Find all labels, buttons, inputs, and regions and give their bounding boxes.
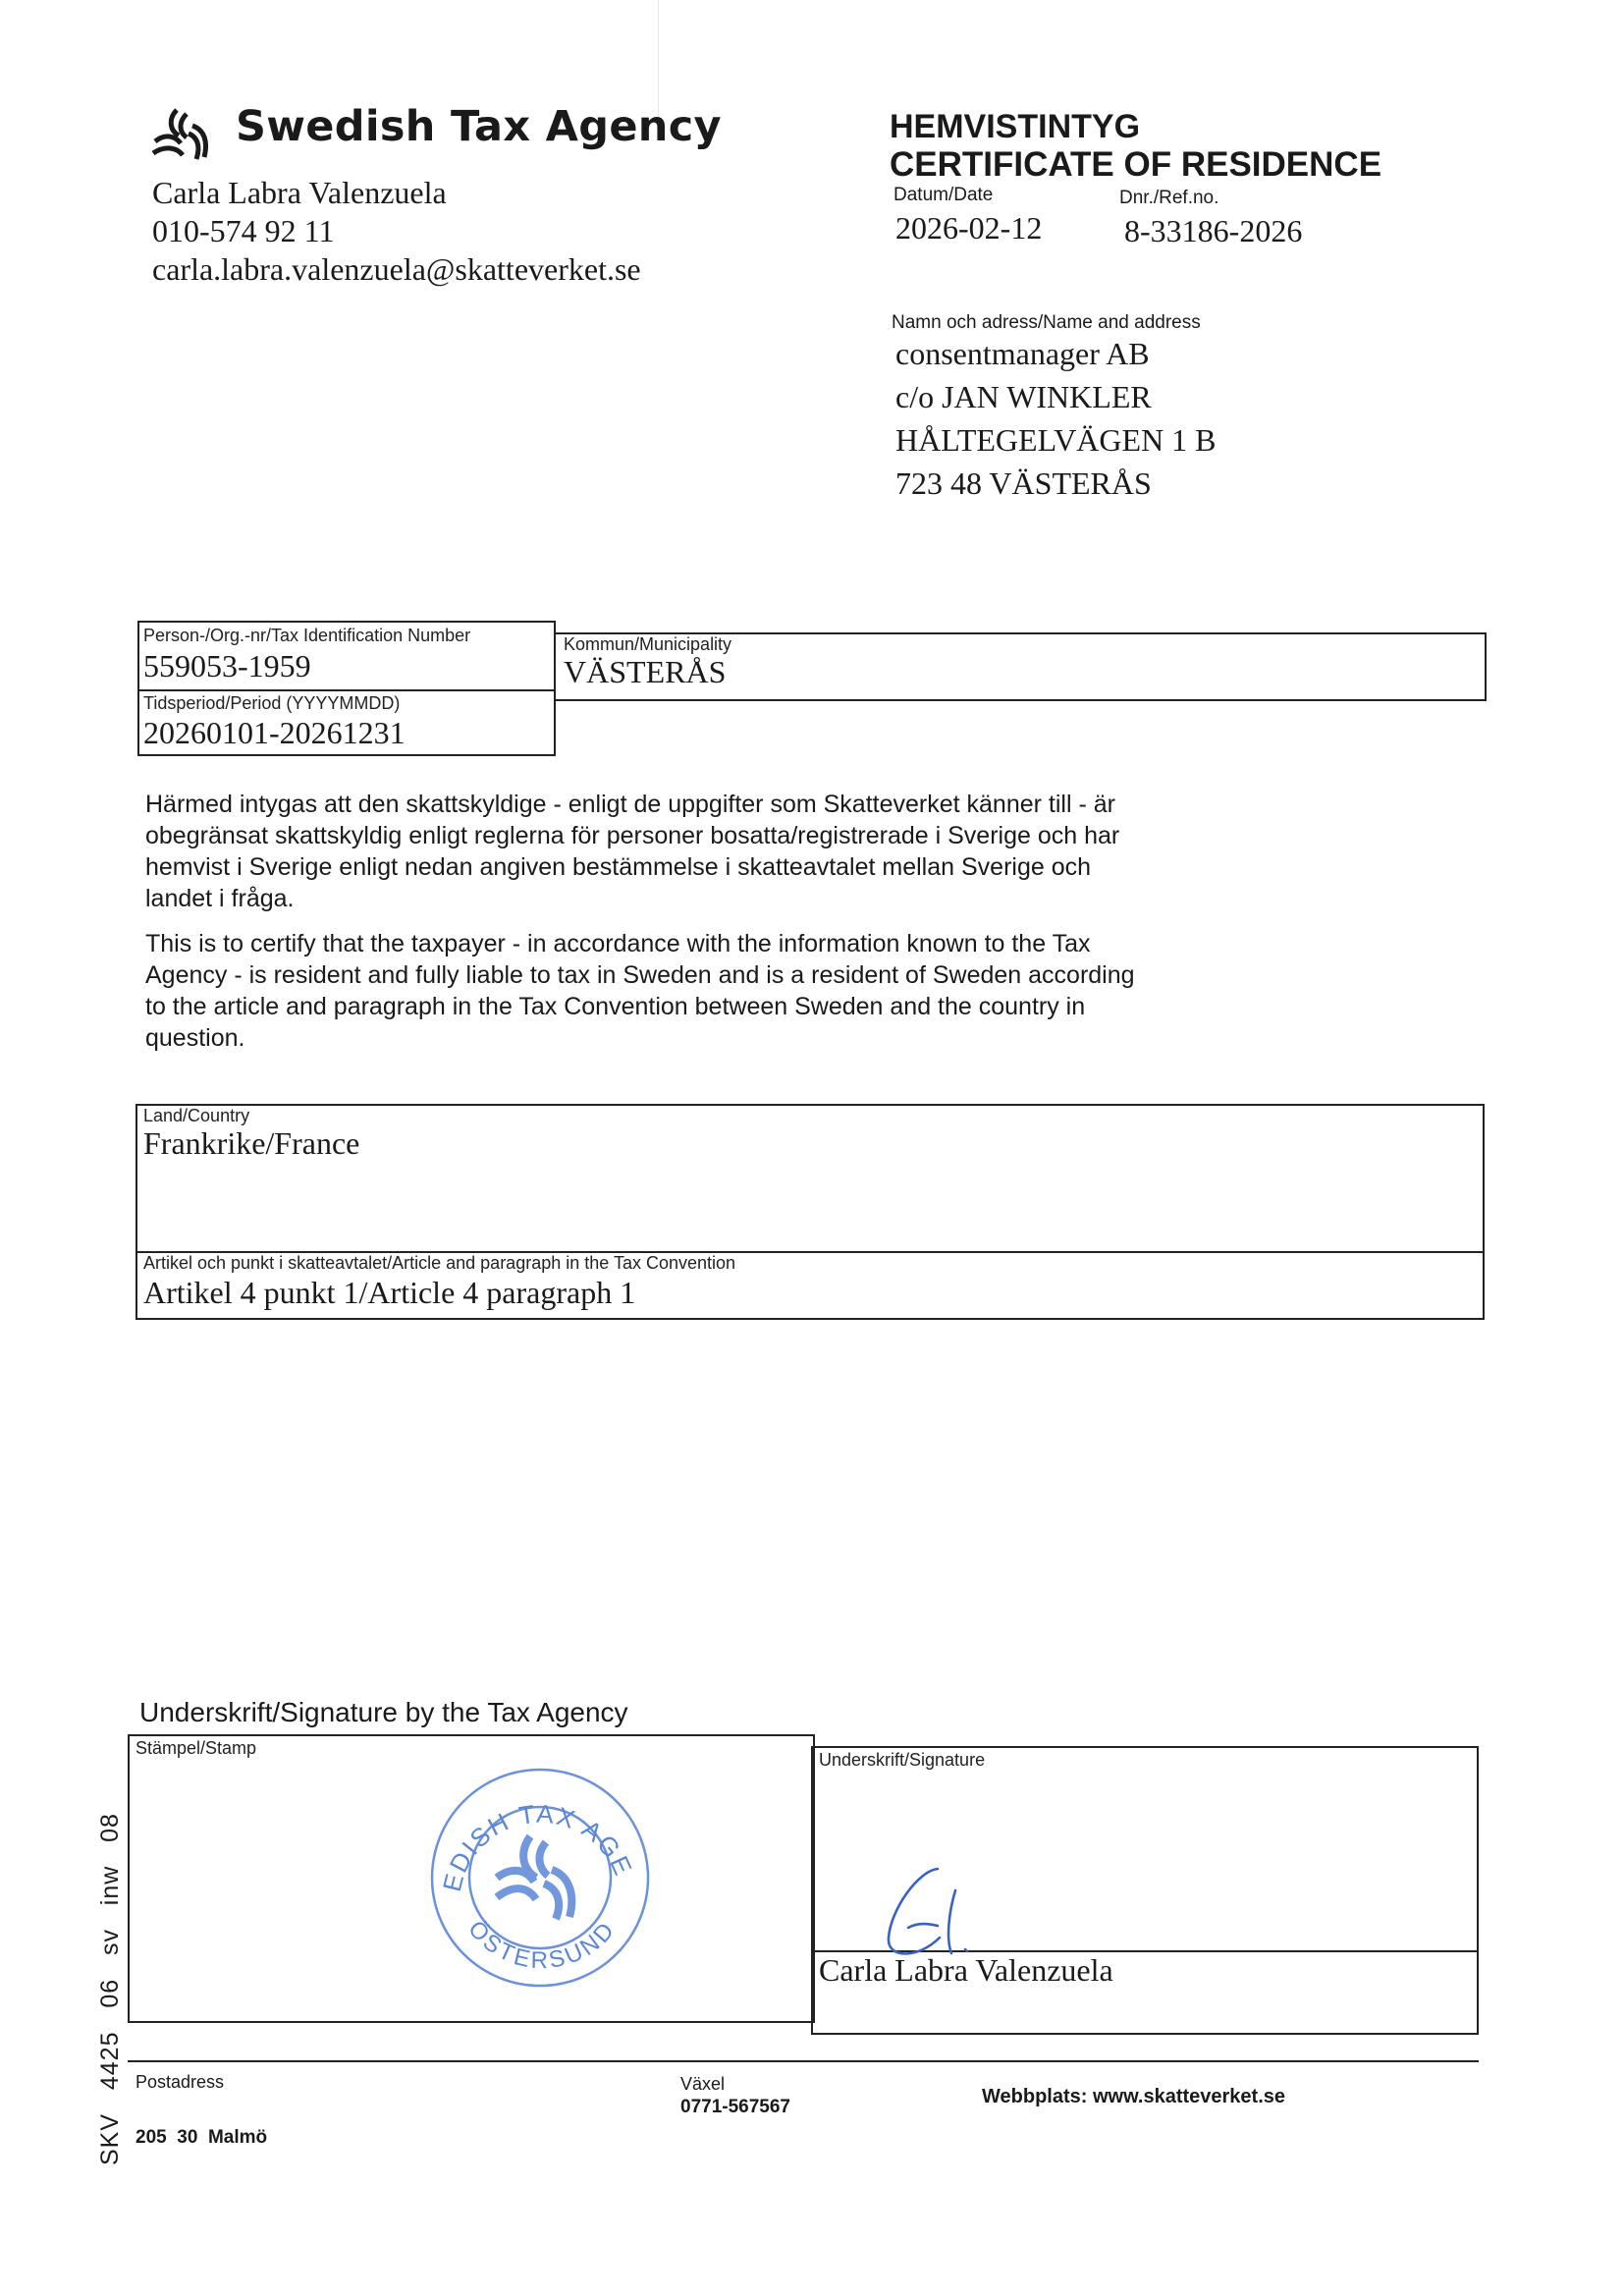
article-value: Artikel 4 punkt 1/Article 4 paragraph 1: [143, 1275, 635, 1311]
address-line: c/o JAN WINKLER: [895, 379, 1152, 415]
swirl-logo-icon: [147, 104, 222, 163]
website-link[interactable]: Webbplats: www.skatteverket.se: [982, 2086, 1285, 2108]
tin-label: Person-/Org.-nr/Tax Identification Numbe…: [143, 626, 470, 646]
certification-text-swedish: Härmed intygas att den skattskyldige - e…: [145, 789, 1147, 914]
tin-value: 559053-1959: [143, 648, 311, 684]
date-value: 2026-02-12: [895, 210, 1042, 246]
stamp-label: Stämpel/Stamp: [135, 1738, 256, 1759]
reference-value: 8-33186-2026: [1124, 213, 1302, 249]
contact-email: carla.labra.valenzuela@skatteverket.se: [152, 251, 641, 288]
handwritten-signature: [879, 1861, 997, 1969]
reference-label: Dnr./Ref.no.: [1119, 188, 1218, 209]
agency-name: Swedish Tax Agency: [236, 102, 722, 151]
address-line: 723 48 VÄSTERÅS: [895, 465, 1152, 502]
fold-line: [658, 0, 659, 118]
period-label: Tidsperiod/Period (YYYYMMDD): [143, 693, 400, 714]
footer-divider: [128, 2060, 1479, 2062]
signature-heading: Underskrift/Signature by the Tax Agency: [139, 1697, 628, 1728]
municipality-label: Kommun/Municipality: [564, 634, 731, 655]
contact-phone: 010-574 92 11: [152, 213, 334, 249]
country-label: Land/Country: [143, 1106, 249, 1126]
period-field: Tidsperiod/Period (YYYYMMDD) 20260101-20…: [137, 689, 556, 756]
official-stamp-icon: SWEDISH TAX AGENCY ÖSTERSUND: [422, 1760, 658, 1995]
postaddress-label: Postadress: [135, 2072, 224, 2093]
period-value: 20260101-20261231: [143, 715, 406, 751]
municipality-field: Kommun/Municipality VÄSTERÅS: [554, 632, 1487, 701]
switchboard-value: 0771-567567: [680, 2097, 790, 2118]
address-label: Namn och adress/Name and address: [892, 312, 1201, 334]
date-label: Datum/Date: [893, 185, 993, 206]
country-field: Land/Country Frankrike/France: [135, 1104, 1485, 1253]
article-label: Artikel och punkt i skatteavtalet/Articl…: [143, 1253, 735, 1274]
certification-text-english: This is to certify that the taxpayer - i…: [145, 928, 1147, 1054]
title-english: CERTIFICATE OF RESIDENCE: [890, 145, 1381, 185]
contact-name: Carla Labra Valenzuela: [152, 175, 447, 211]
title-swedish: HEMVISTINTYG: [890, 108, 1140, 146]
svg-text:ÖSTERSUND: ÖSTERSUND: [462, 1916, 622, 1974]
form-code: SKV 4425 06 sv inw 08: [96, 1813, 125, 2165]
municipality-value: VÄSTERÅS: [564, 654, 726, 690]
country-value: Frankrike/France: [143, 1125, 359, 1162]
signature-label: Underskrift/Signature: [819, 1750, 985, 1771]
tin-field: Person-/Org.-nr/Tax Identification Numbe…: [137, 621, 556, 691]
postaddress-value: 205 30 Malmö: [135, 2127, 267, 2149]
article-field: Artikel och punkt i skatteavtalet/Articl…: [135, 1251, 1485, 1320]
address-line: HÅLTEGELVÄGEN 1 B: [895, 422, 1217, 459]
switchboard-label: Växel: [680, 2074, 725, 2095]
stamp-bottom-text: ÖSTERSUND: [462, 1916, 622, 1974]
address-line: consentmanager AB: [895, 336, 1150, 372]
